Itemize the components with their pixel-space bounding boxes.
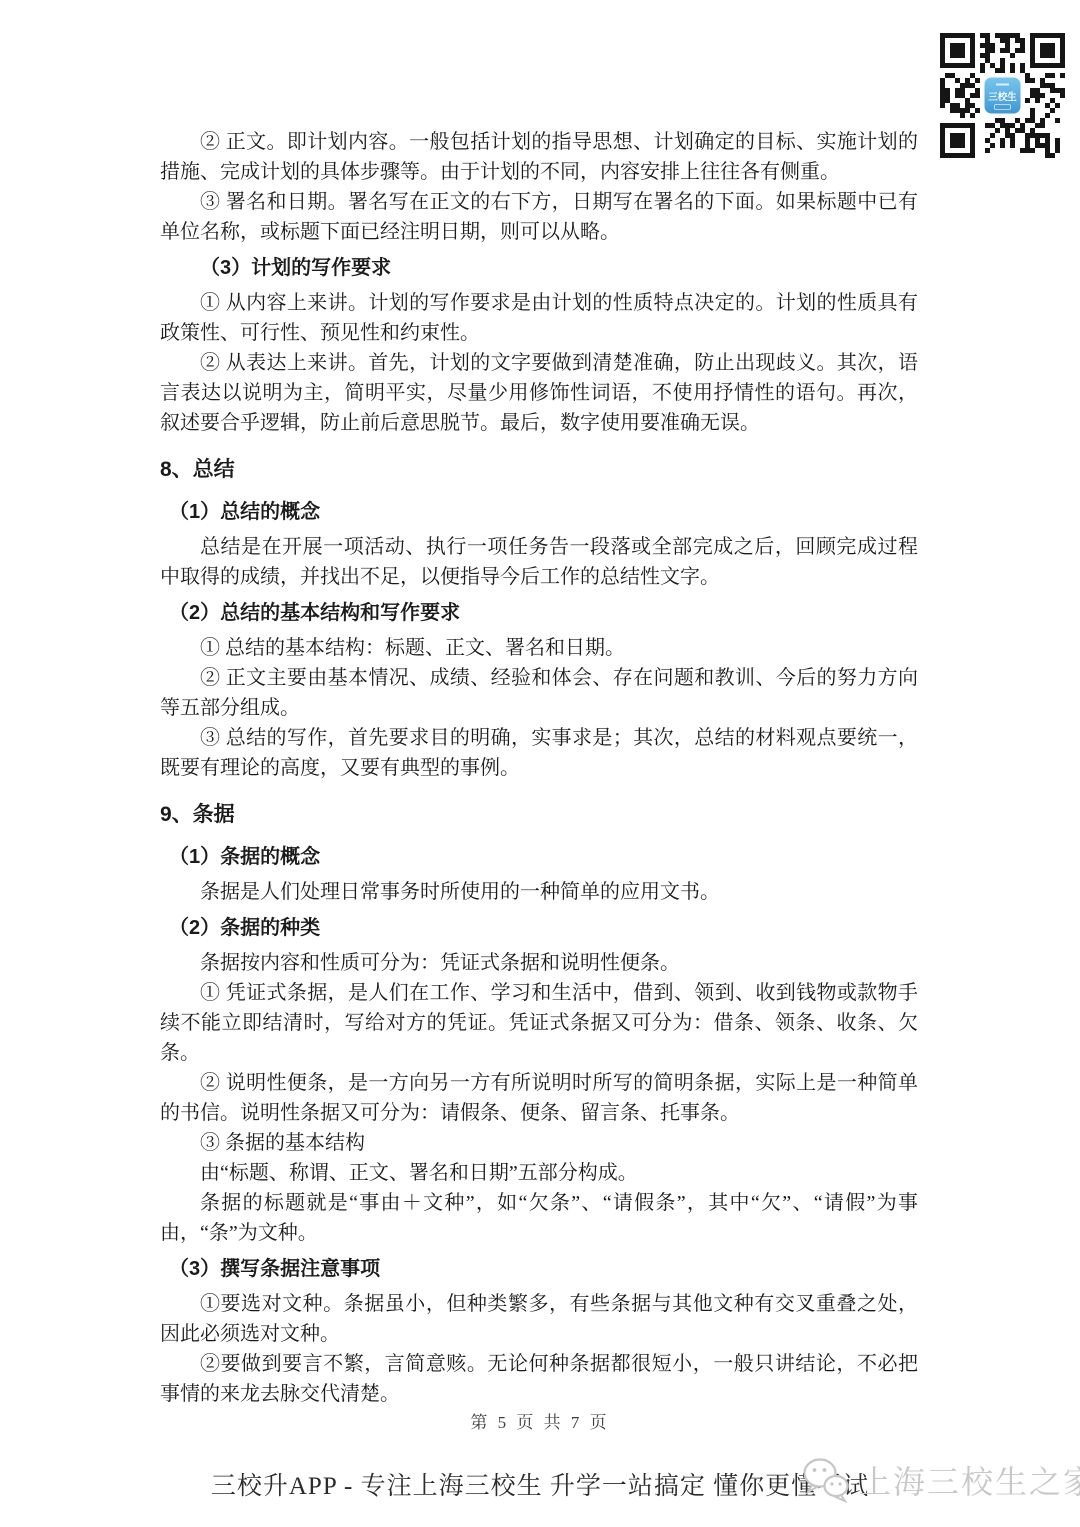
qr-logo-text: 三校生 xyxy=(988,91,1017,103)
paragraph: ①要选对文种。条据虽小，但种类繁多，有些条据与其他文种有交叉重叠之处，因此必须选… xyxy=(160,1289,918,1349)
subsection-heading: （2）条据的种类 xyxy=(160,913,918,944)
paragraph: 由“标题、称谓、正文、署名和日期”五部分构成。 xyxy=(160,1158,918,1188)
paragraph: 总结是在开展一项活动、执行一项任务告一段落或全部完成之后，回顾完成过程中取得的成… xyxy=(160,532,918,592)
document-body: ② 正文。即计划内容。一般包括计划的指导思想、计划确定的目标、实施计划的措施、完… xyxy=(160,127,918,1409)
subsection-heading: （2）总结的基本结构和写作要求 xyxy=(160,598,918,629)
paragraph: ① 总结的基本结构：标题、正文、署名和日期。 xyxy=(160,633,918,663)
section-heading: 8、总结 xyxy=(160,454,918,485)
paragraph: ② 说明性便条，是一方向另一方有所说明时所写的简明条据，实际上是一种简单的书信。… xyxy=(160,1068,918,1128)
paragraph: ② 正文主要由基本情况、成绩、经验和体会、存在问题和教训、今后的努力方向等五部分… xyxy=(160,663,918,723)
paragraph: 条据按内容和性质可分为：凭证式条据和说明性便条。 xyxy=(160,948,918,978)
paragraph: ③ 总结的写作，首先要求目的明确，实事求是；其次，总结的材料观点要统一，既要有理… xyxy=(160,723,918,783)
paragraph: ②要做到要言不繁，言简意赅。无论何种条据都很短小，一般只讲结论，不必把事情的来龙… xyxy=(160,1349,918,1409)
subsection-heading: （1）条据的概念 xyxy=(160,842,918,873)
paragraph: 条据的标题就是“事由＋文种”，如“欠条”、“请假条”，其中“欠”、“请假”为事由… xyxy=(160,1188,918,1248)
watermark-text: 上海三校生之家 xyxy=(859,1457,1080,1503)
page-indicator: 第 5 页 共 7 页 xyxy=(0,1408,1080,1433)
paragraph: ① 从内容上来讲。计划的写作要求是由计划的性质特点决定的。计划的性质具有政策性、… xyxy=(160,288,918,348)
section-heading: 9、条据 xyxy=(160,799,918,830)
paragraph: ③ 署名和日期。署名写在正文的右下方，日期写在署名的下面。如果标题中已有单位名称… xyxy=(160,187,918,247)
qr-code: 三校生 xyxy=(940,33,1065,158)
subsection-heading: （1）总结的概念 xyxy=(160,497,918,528)
paragraph: ② 正文。即计划内容。一般包括计划的指导思想、计划确定的目标、实施计划的措施、完… xyxy=(160,127,918,187)
page: 三校生 ② 正文。即计划内容。一般包括计划的指导思想、计划确定的目标、实施计划的… xyxy=(0,0,1080,1527)
paragraph: ② 从表达上来讲。首先，计划的文字要做到清楚准确，防止出现歧义。其次，语言表达以… xyxy=(160,348,918,438)
wechat-icon xyxy=(800,1456,852,1504)
paragraph: 条据是人们处理日常事务时所使用的一种简单的应用文书。 xyxy=(160,877,918,907)
subsection-heading: （3）计划的写作要求 xyxy=(160,253,918,284)
subsection-heading: （3）撰写条据注意事项 xyxy=(160,1254,918,1285)
paragraph: ③ 条据的基本结构 xyxy=(160,1128,918,1158)
watermark: 上海三校生之家 xyxy=(800,1456,1080,1504)
paragraph: ① 凭证式条据，是人们在工作、学习和生活中，借到、领到、收到钱物或款物手续不能立… xyxy=(160,978,918,1068)
